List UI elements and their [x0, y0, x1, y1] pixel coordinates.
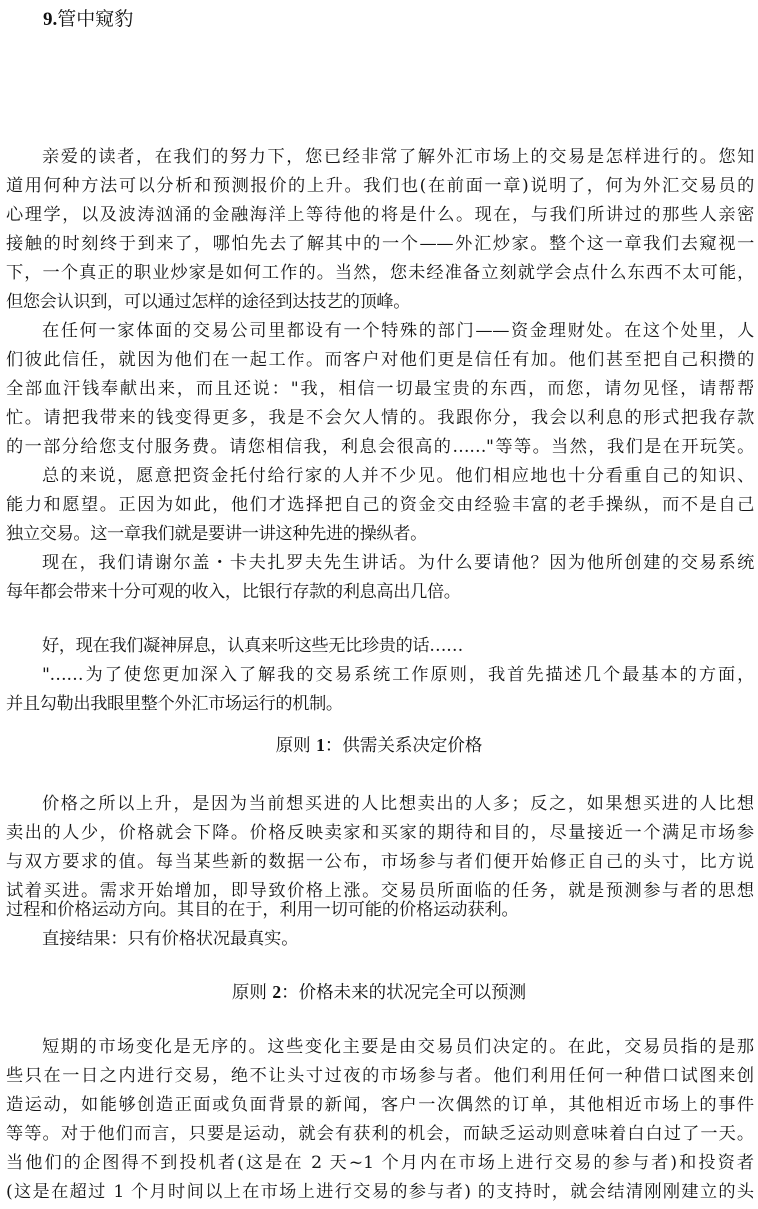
paragraph-line: 短期的市场变化是无序的。这些变化主要是由交易员们决定的。在此，交易员指的是那 — [42, 1035, 754, 1059]
heading-number: 1 — [316, 735, 325, 755]
paragraph-line: 能力和愿望。正因为如此，他们才选择把自己的资金交由经验丰富的老手操纵，而不是自己 — [6, 493, 754, 517]
paragraph-line: 总的来说，愿意把资金托付给行家的人并不少见。他们相应地也十分看重自己的知识、 — [42, 464, 754, 488]
heading-prefix: 原则 — [232, 983, 273, 1003]
heading-text: ：供需关系决定价格 — [325, 736, 483, 756]
chapter-number: 9. — [43, 9, 57, 30]
paragraph-line: 些只在一日之内进行交易，绝不让头寸过夜的市场参与者。他们利用任何一种借口试图来创 — [6, 1064, 754, 1088]
paragraph-line: 现在，我们请谢尔盖・卡夫扎罗夫先生讲话。为什么要请他？因为他所创建的交易系统 — [42, 551, 754, 575]
paragraph-line: "……为了使您更加深入了解我的交易系统工作原则，我首先描述几个最基本的方面， — [42, 663, 754, 687]
paragraph-line: 全部血汗钱奉献出来，而且还说："我，相信一切最宝贵的东西，而您，请勿见怪，请帮帮 — [6, 377, 754, 401]
paragraph-line: 亲爱的读者，在我们的努力下，您已经非常了解外汇市场上的交易是怎样进行的。您知 — [42, 145, 754, 169]
paragraph-line: 每年都会带来十分可观的收入，比银行存款的利息高出几倍。 — [6, 580, 754, 604]
paragraph-line: 但您会认识到，可以通过怎样的途径到达技艺的顶峰。 — [6, 290, 754, 314]
paragraph-line: 直接结果：只有价格状况最真实。 — [42, 927, 754, 951]
paragraph-line: (这是在超过 1 个月时间以上在市场上进行交易的参与者) 的支持时，就会结清刚刚… — [6, 1180, 754, 1204]
paragraph-line: 等等。对于他们而言，只要是运动，就会有获利的机会，而缺乏运动则意味着白白过了一天… — [6, 1122, 754, 1146]
section-heading: 原则 1：供需关系决定价格 — [0, 733, 758, 758]
paragraph-line: 下，一个真正的职业炒家是如何工作的。当然，您未经准备立刻就学会点什么东西不太可能… — [6, 261, 754, 285]
book-page: 9.管中窥豹 亲爱的读者，在我们的努力下，您已经非常了解外汇市场上的交易是怎样进… — [0, 0, 758, 1209]
paragraph-line: 价格之所以上升，是因为当前想买进的人比想卖出的人多；反之，如果想买进的人比想 — [42, 792, 754, 816]
chapter-name: 管中窥豹 — [57, 8, 133, 30]
paragraph-line: 的一部分给您支付服务费。请您相信我，利息会很高的……"等等。当然，我们是在开玩笑… — [6, 435, 754, 459]
paragraph-line: 心理学，以及波涛汹涌的金融海洋上等待他的将是什么。现在，与我们所讲过的那些人亲密 — [6, 203, 754, 227]
paragraph-line: 接触的时刻终于到来了，哪怕先去了解其中的一个——外汇炒家。整个这一章我们去窥视一 — [6, 232, 754, 256]
paragraph-line: 与双方要求的值。每当某些新的数据一公布，市场参与者们便开始修正自己的头寸，比方说 — [6, 850, 754, 874]
paragraph-line: 卖出的人少，价格就会下降。价格反映卖家和买家的期待和目的，尽量接近一个满足市场参 — [6, 821, 754, 845]
paragraph-line: 在任何一家体面的交易公司里都设有一个特殊的部门——资金理财处。在这个处里，人 — [42, 319, 754, 343]
heading-text: ：价格未来的状况完全可以预测 — [281, 983, 526, 1003]
section-heading: 原则 2：价格未来的状况完全可以预测 — [0, 980, 758, 1005]
paragraph-line: 并且勾勒出我眼里整个外汇市场运行的机制。 — [6, 692, 754, 716]
paragraph-line: 忙。请把我带来的钱变得更多，我是不会欠人情的。我跟你分，我会以利息的形式把我存款 — [6, 406, 754, 430]
paragraph-line: 道用何种方法可以分析和预测报价的上升。我们也(在前面一章)说明了，何为外汇交易员… — [6, 174, 754, 198]
heading-number: 2 — [272, 982, 281, 1002]
paragraph-line: 独立交易。这一章我们就是要讲一讲这种先进的操纵者。 — [6, 522, 754, 546]
paragraph-line: 好，现在我们凝神屏息，认真来听这些无比珍贵的话…… — [42, 634, 754, 658]
paragraph-line: 当他们的企图得不到投机者(这是在 2 天~1 个月内在市场上进行交易的参与者)和… — [6, 1151, 754, 1175]
paragraph-line: 造运动，如能够创造正面或负面背景的新闻，客户一次偶然的订单，其他相近市场上的事件 — [6, 1093, 754, 1117]
heading-prefix: 原则 — [276, 736, 317, 756]
chapter-title: 9.管中窥豹 — [43, 6, 133, 33]
paragraph-line: 们彼此信任，就因为他们在一起工作。而客户对他们更是信任有加。他们甚至把自己积攒的 — [6, 348, 754, 372]
paragraph-line: 过程和价格运动方向。其目的在于，利用一切可能的价格运动获利。 — [6, 898, 754, 922]
